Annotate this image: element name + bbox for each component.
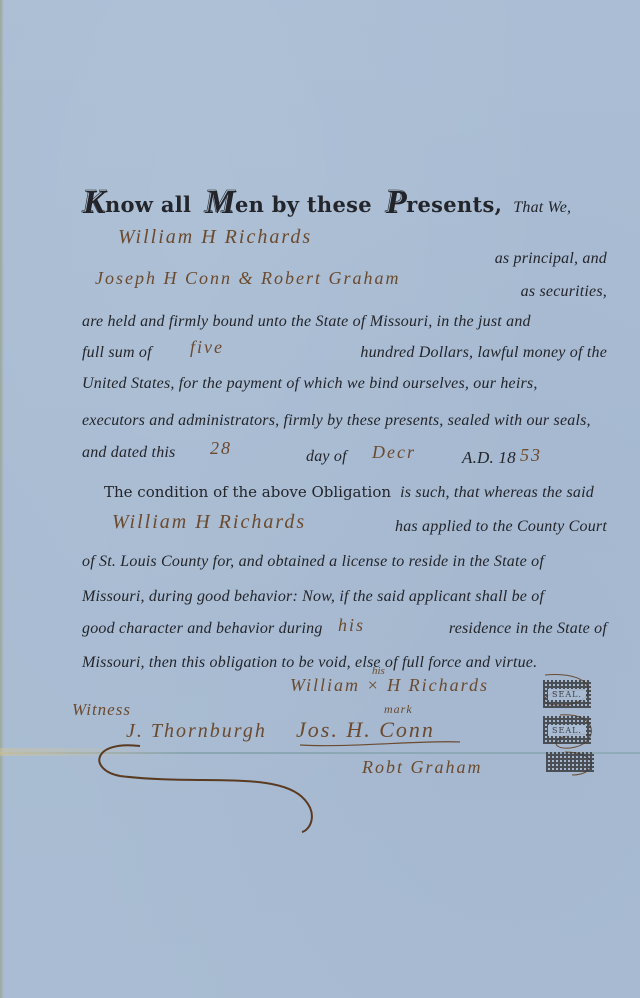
seal-2: SEAL. bbox=[543, 716, 591, 744]
seal-1: SEAL. bbox=[543, 680, 591, 708]
seal-3 bbox=[546, 752, 594, 772]
signature-flourishes bbox=[0, 0, 640, 998]
